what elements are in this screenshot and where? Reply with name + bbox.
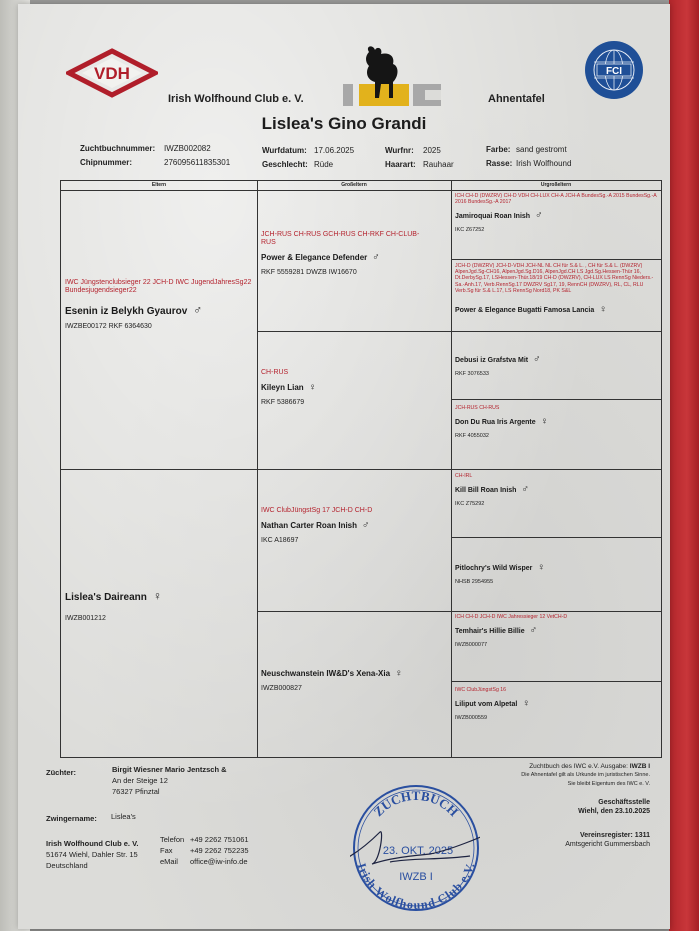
dam-registration: IWZB001212 xyxy=(65,615,253,622)
sire-registration: IWZBE00172 RKF 6364630 xyxy=(65,323,253,330)
sire-titles: IWC Jüngstenclubsieger 22 JCH-D IWC Juge… xyxy=(65,279,253,295)
great-grandparent-name: Liliput vom Alpetal♀ xyxy=(455,698,657,709)
wurfnr-label: Wurfnr: xyxy=(385,146,423,155)
grandparent-registration: RKF 5386679 xyxy=(261,399,447,406)
legal-note-2: Sie bleibt Eigentum des IWC e. V. xyxy=(521,780,650,789)
grandparent-registration: IWZB000827 xyxy=(261,685,447,692)
email-value[interactable]: office@iw-info.de xyxy=(190,857,248,866)
grandparent-1: JCH-RUS CH-RUS GCH-RUS CH-RKF CH-CLUB-RU… xyxy=(257,231,451,276)
zuchtbuchnummer-label: Zuchtbuchnummer: xyxy=(80,144,164,153)
sire-name-text: Esenin iz Belykh Gyaurov xyxy=(65,306,187,317)
great-grandparent-registration: NHSB 2954955 xyxy=(455,579,657,585)
office-label: Geschäftsstelle xyxy=(578,798,650,807)
great-grandparent-name: Temhair's Hillie Billie♂ xyxy=(455,625,657,636)
breeder-address: Birgit Wiesner Mario Jentzsch & An der S… xyxy=(112,764,227,797)
svg-text:Irish Wolfhound Club e.V.: Irish Wolfhound Club e.V. xyxy=(355,861,478,912)
female-symbol-icon: ♀ xyxy=(153,589,162,603)
breeder-city: 76327 Pfinztal xyxy=(112,786,227,797)
svg-text:ZUCHTBUCH: ZUCHTBUCH xyxy=(371,788,462,819)
legal-note-1: Die Ahnentafel gilt als Urkunde im juris… xyxy=(521,771,650,780)
female-symbol-icon: ♀ xyxy=(599,304,607,315)
edition-info: Zuchtbuch des IWC e.V. Ausgabe: IWZB I D… xyxy=(521,762,650,789)
great-grandparent-name-text: Temhair's Hillie Billie xyxy=(455,628,525,635)
register-info: Vereinsregister: 1311 Amtsgericht Gummer… xyxy=(565,831,650,849)
great-grandparent-titles: JCH-D (DWZRV) JCH-D-VDH JCH-NL NL CH für… xyxy=(455,263,657,294)
great-grandparent-name: Debusi iz Grafstva Mit♂ xyxy=(455,354,657,365)
male-symbol-icon: ♂ xyxy=(362,520,370,531)
column-header-grandparents: Großeltern xyxy=(257,181,451,191)
great-grandparent-registration: RKF 4055032 xyxy=(455,433,657,439)
great-grandparent-name-text: Pitlochry's Wild Wisper xyxy=(455,565,532,572)
great-grandparent-3: Debusi iz Grafstva Mit♂ RKF 3076533 xyxy=(451,349,661,377)
fax-label: Fax xyxy=(160,845,190,856)
rasse-value: Irish Wolfhound xyxy=(516,159,571,168)
great-grandparent-name: Kill Bill Roan Inish♂ xyxy=(455,484,657,495)
great-grandparent-registration: RKF 3076533 xyxy=(455,371,657,377)
male-symbol-icon: ♂ xyxy=(533,354,541,365)
grandparent-titles: CH-RUS xyxy=(261,369,447,377)
female-symbol-icon: ♀ xyxy=(537,562,545,573)
row-divider xyxy=(451,399,661,400)
grandparent-2: CH-RUS Kileyn Lian♀ RKF 5386679 xyxy=(257,369,451,406)
row-divider xyxy=(451,259,661,260)
great-grandparent-1: ICH CH-D (DWZRV) CH-D VDH CH-LUX CH-A JC… xyxy=(451,193,661,233)
wurfnr-row: Wurfnr:2025 xyxy=(385,146,441,155)
parent-dam: Lislea's Daireann♀ IWZB001212 xyxy=(61,589,257,622)
club-address: Irish Wolfhound Club e. V. 51674 Wiehl, … xyxy=(46,838,139,871)
rasse-label: Rasse: xyxy=(486,159,516,168)
parent-sire: IWC Jüngstenclubsieger 22 JCH-D IWC Juge… xyxy=(61,279,257,330)
great-grandparent-titles: ICH CH-D JCH-D IWC Jahressieger 12 VetCH… xyxy=(455,614,657,620)
rasse-row: Rasse:Irish Wolfhound xyxy=(486,159,571,168)
haarart-value: Rauhaar xyxy=(423,160,454,169)
geschlecht-label: Geschlecht: xyxy=(262,160,314,169)
great-grandparent-titles: ICH CH-D (DWZRV) CH-D VDH CH-LUX CH-A JC… xyxy=(455,193,657,205)
male-symbol-icon: ♂ xyxy=(521,484,529,495)
great-grandparent-name: Pitlochry's Wild Wisper♀ xyxy=(455,562,657,573)
chipnummer-value: 276095611835301 xyxy=(164,158,230,167)
grandparent-registration: IKC A18697 xyxy=(261,537,447,544)
great-grandparent-name-text: Liliput vom Alpetal xyxy=(455,701,517,708)
register-court: Amtsgericht Gummersbach xyxy=(565,840,650,849)
great-grandparent-name-text: Kill Bill Roan Inish xyxy=(455,487,516,494)
club-contact: Telefon+49 2262 751061 Fax+49 2262 75223… xyxy=(160,834,249,867)
wurfdatum-row: Wurfdatum:17.06.2025 xyxy=(262,146,354,155)
phone-value: +49 2262 751061 xyxy=(190,835,249,844)
great-grandparent-name: Jamiroquai Roan Inish♂ xyxy=(455,210,657,221)
breeder-street: An der Steige 12 xyxy=(112,775,227,786)
female-symbol-icon: ♀ xyxy=(395,668,403,679)
document-type: Ahnentafel xyxy=(488,93,545,105)
haarart-label: Haarart: xyxy=(385,160,423,169)
row-divider xyxy=(257,611,661,612)
column-header-parents: Eltern xyxy=(61,181,257,191)
email-label: eMail xyxy=(160,856,190,867)
club-address-street: 51674 Wiehl, Dahler Str. 15 xyxy=(46,849,139,860)
male-symbol-icon: ♂ xyxy=(530,625,538,636)
breeder-names: Birgit Wiesner Mario Jentzsch & xyxy=(112,764,227,775)
row-divider xyxy=(451,681,661,682)
club-address-country: Deutschland xyxy=(46,860,139,871)
great-grandparent-6: Pitlochry's Wild Wisper♀ NHSB 2954955 xyxy=(451,557,661,585)
dam-name: Lislea's Daireann♀ xyxy=(65,589,253,603)
svg-text:VDH: VDH xyxy=(94,64,130,83)
great-grandparent-name-text: Debusi iz Grafstva Mit xyxy=(455,357,528,364)
grandparent-name: Nathan Carter Roan Inish♂ xyxy=(261,520,447,531)
grandparent-name: Power & Elegance Defender♂ xyxy=(261,252,447,263)
grandparent-name: Kileyn Lian♀ xyxy=(261,382,447,393)
great-grandparent-name-text: Power & Elegance Bugatti Famosa Lancia xyxy=(455,307,594,314)
male-symbol-icon: ♂ xyxy=(535,210,543,221)
row-divider xyxy=(257,331,661,332)
great-grandparent-name: Power & Elegance Bugatti Famosa Lancia♀ xyxy=(455,304,657,315)
pedigree-table: Eltern Großeltern Urgroßeltern IWC Jüngs… xyxy=(60,180,662,758)
vdh-logo: VDH xyxy=(66,48,158,98)
great-grandparent-registration: IKC Z75292 xyxy=(455,501,657,507)
zuchtbuchnummer-row: Zuchtbuchnummer:IWZB002082 xyxy=(80,144,211,153)
great-grandparent-7: ICH CH-D JCH-D IWC Jahressieger 12 VetCH… xyxy=(451,614,661,648)
club-address-name: Irish Wolfhound Club e. V. xyxy=(46,838,139,849)
female-symbol-icon: ♀ xyxy=(309,382,317,393)
grandparent-name-text: Power & Elegance Defender xyxy=(261,253,367,262)
great-grandparent-registration: IWZB000559 xyxy=(455,715,657,721)
grandparent-name-text: Kileyn Lian xyxy=(261,383,304,392)
male-symbol-icon: ♂ xyxy=(372,252,380,263)
great-grandparent-2: JCH-D (DWZRV) JCH-D-VDH JCH-NL NL CH für… xyxy=(451,263,661,315)
male-symbol-icon: ♂ xyxy=(193,303,202,317)
breeder-label: Züchter: xyxy=(46,768,76,777)
grandparent-4: Neuschwanstein IW&D's Xena-Xia♀ IWZB0008… xyxy=(257,663,451,692)
great-grandparent-name-text: Jamiroquai Roan Inish xyxy=(455,213,530,220)
great-grandparent-registration: IKC Z67252 xyxy=(455,227,657,233)
female-symbol-icon: ♀ xyxy=(541,416,549,427)
pedigree-certificate: VDH FCI Irish Wolfhound Club e. V. Ahnen… xyxy=(18,4,670,929)
issue-place-date: Wiehl, den 23.10.2025 xyxy=(578,807,650,816)
dam-name-text: Lislea's Daireann xyxy=(65,592,147,603)
wurfnr-value: 2025 xyxy=(423,146,441,155)
column-header-great-grandparents: Urgroßeltern xyxy=(451,181,661,191)
register-number: Vereinsregister: 1311 xyxy=(565,831,650,840)
wurfdatum-value: 17.06.2025 xyxy=(314,146,354,155)
great-grandparent-name: Don Du Rua Iris Argente♀ xyxy=(455,416,657,427)
chipnummer-row: Chipnummer:276095611835301 xyxy=(80,158,230,167)
svg-text:FCI: FCI xyxy=(606,66,622,77)
female-symbol-icon: ♀ xyxy=(522,698,530,709)
sire-name: Esenin iz Belykh Gyaurov♂ xyxy=(65,303,253,317)
chipnummer-label: Chipnummer: xyxy=(80,158,164,167)
kennel-value: Lislea's xyxy=(111,812,136,821)
club-name: Irish Wolfhound Club e. V. xyxy=(168,93,304,105)
kennel-label: Zwingername: xyxy=(46,814,97,823)
geschlecht-value: Rüde xyxy=(314,160,333,169)
grandparent-name-text: Nathan Carter Roan Inish xyxy=(261,521,357,530)
fci-logo: FCI xyxy=(584,40,644,100)
red-folder-edge xyxy=(669,0,699,931)
great-grandparent-registration: IWZB000077 xyxy=(455,642,657,648)
great-grandparent-titles: JCH-RUS CH-RUS xyxy=(455,405,657,411)
iwc-logo xyxy=(343,42,443,108)
geschlecht-row: Geschlecht:Rüde xyxy=(262,160,333,169)
great-grandparent-titles: CH-IRL xyxy=(455,473,657,479)
grandparent-3: IWC ClubJüngstSg 17 JCH-D CH-D Nathan Ca… xyxy=(257,507,451,544)
grandparent-titles: JCH-RUS CH-RUS GCH-RUS CH-RKF CH-CLUB-RU… xyxy=(261,231,447,247)
zuchtbuch-stamp: ZUCHTBUCH Irish Wolfhound Club e.V. 23. … xyxy=(350,772,480,922)
phone-label: Telefon xyxy=(160,834,190,845)
great-grandparent-4: JCH-RUS CH-RUS Don Du Rua Iris Argente♀ … xyxy=(451,405,661,439)
great-grandparent-name-text: Don Du Rua Iris Argente xyxy=(455,419,536,426)
edition-prefix: Zuchtbuch des IWC e.V. Ausgabe: xyxy=(529,763,628,770)
farbe-label: Farbe: xyxy=(486,145,516,154)
edition-value: IWZB I xyxy=(630,763,650,770)
farbe-value: sand gestromt xyxy=(516,145,567,154)
wurfdatum-label: Wurfdatum: xyxy=(262,146,314,155)
grandparent-titles: IWC ClubJüngstSg 17 JCH-D CH-D xyxy=(261,507,447,515)
row-divider xyxy=(61,469,661,470)
zuchtbuchnummer-value: IWZB002082 xyxy=(164,144,211,153)
row-divider xyxy=(451,537,661,538)
grandparent-registration: RKF 5559281 DWZB IW16670 xyxy=(261,269,447,276)
great-grandparent-5: CH-IRL Kill Bill Roan Inish♂ IKC Z75292 xyxy=(451,473,661,507)
office-info: Geschäftsstelle Wiehl, den 23.10.2025 xyxy=(578,798,650,816)
dog-name-title: Lislea's Gino Grandi xyxy=(18,114,670,134)
svg-text:IWZB I: IWZB I xyxy=(399,871,433,883)
grandparent-name-text: Neuschwanstein IW&D's Xena-Xia xyxy=(261,669,390,678)
farbe-row: Farbe:sand gestromt xyxy=(486,145,567,154)
haarart-row: Haarart:Rauhaar xyxy=(385,160,454,169)
great-grandparent-8: IWC ClubJüngstSg 16 Liliput vom Alpetal♀… xyxy=(451,687,661,721)
fax-value: +49 2262 752235 xyxy=(190,846,249,855)
great-grandparent-titles: IWC ClubJüngstSg 16 xyxy=(455,687,657,693)
grandparent-name: Neuschwanstein IW&D's Xena-Xia♀ xyxy=(261,668,447,679)
